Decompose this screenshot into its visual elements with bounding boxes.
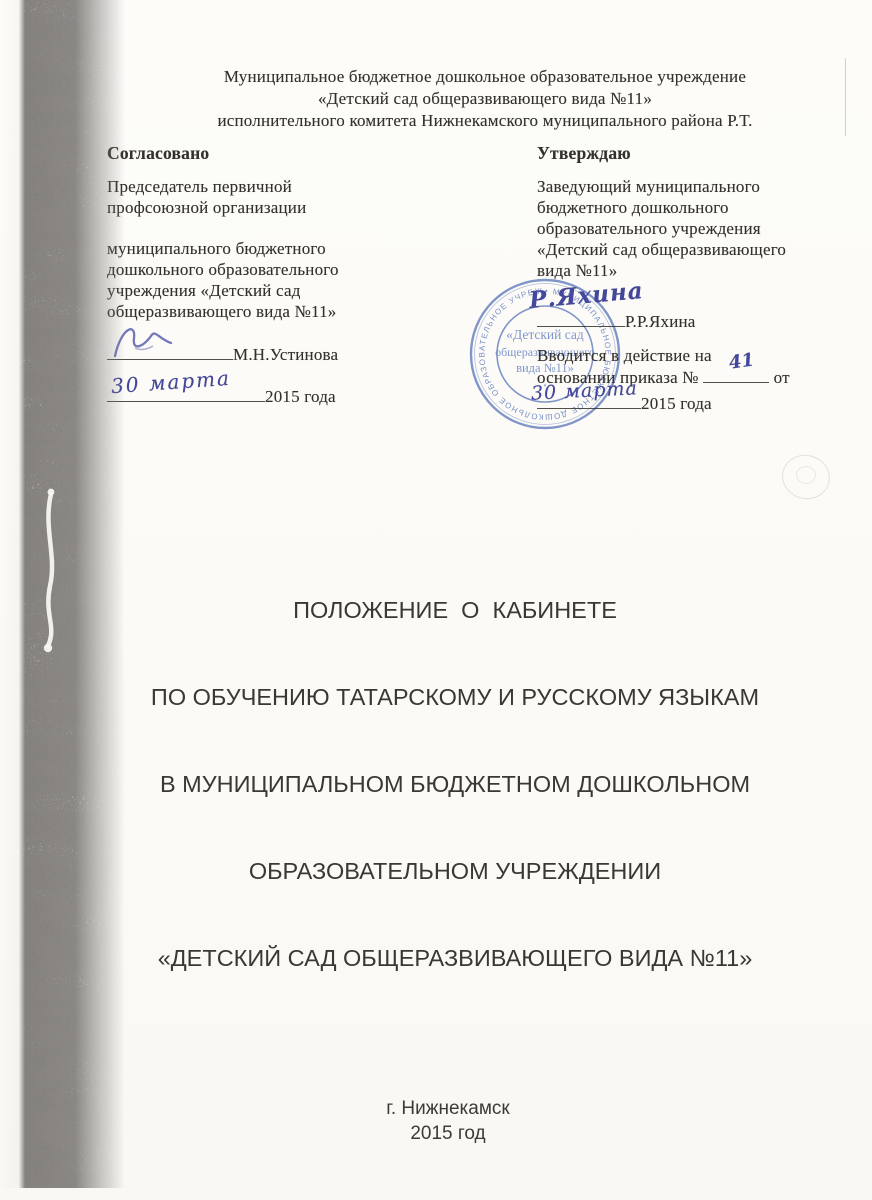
ustinova-name: М.Н.Устинова bbox=[233, 345, 338, 364]
approval-year: 2015 года bbox=[641, 394, 712, 413]
title-line: «ДЕТСКИЙ САД ОБЩЕРАЗВИВАЮЩЕГО ВИДА №11» bbox=[38, 944, 872, 973]
scan-artifact-smudge-inner bbox=[796, 466, 816, 484]
approval-date-row: 30 марта 2015 года bbox=[537, 393, 842, 419]
yakhina-signature-row: Р.Яхина Р.Р.Яхина bbox=[537, 311, 842, 337]
agreed-date-row: 30 марта 2015 года bbox=[107, 386, 437, 412]
header-line: «Детский сад общеразвивающего вида №11» bbox=[98, 88, 872, 110]
signature-line bbox=[537, 313, 625, 327]
agreement-block: Согласовано Председатель первичной профс… bbox=[107, 143, 437, 412]
handwritten-order-number: 41 bbox=[728, 349, 756, 374]
agreed-heading: Согласовано bbox=[107, 143, 437, 164]
approver-role: Заведующий муниципального бюджетного дош… bbox=[537, 176, 842, 281]
document-title: ПОЛОЖЕНИЕ О КАБИНЕТЕ ПО ОБУЧЕНИЮ ТАТАРСК… bbox=[38, 538, 872, 1031]
document-footer: г. Нижнекамск 2015 год bbox=[24, 1096, 872, 1146]
footer-year: 2015 год bbox=[24, 1121, 872, 1146]
ustinova-signature-scribble-icon bbox=[105, 318, 205, 366]
footer-city: г. Нижнекамск bbox=[24, 1096, 872, 1121]
title-line: ОБРАЗОВАТЕЛЬНОМ УЧРЕЖДЕНИИ bbox=[38, 857, 872, 886]
agreed-role: Председатель первичной профсоюзной орган… bbox=[107, 176, 437, 218]
title-line: ПО ОБУЧЕНИЮ ТАТАРСКОМУ И РУССКОМУ ЯЗЫКАМ bbox=[38, 683, 872, 712]
header-line: Муниципальное бюджетное дошкольное образ… bbox=[98, 66, 872, 88]
yakhina-name: Р.Р.Яхина bbox=[625, 312, 696, 331]
title-line: ПОЛОЖЕНИЕ О КАБИНЕТЕ bbox=[38, 596, 872, 625]
agreed-year: 2015 года bbox=[265, 387, 336, 406]
ustinova-signature-row: М.Н.Устинова bbox=[107, 344, 437, 370]
header-line: исполнительного комитета Нижнекамского м… bbox=[98, 110, 872, 132]
approve-heading: Утверждаю bbox=[537, 143, 842, 164]
scanned-document-page: Муниципальное бюджетное дошкольное образ… bbox=[0, 0, 872, 1200]
agreed-organization: муниципального бюджетного дошкольного об… bbox=[107, 238, 437, 322]
title-line: В МУНИЦИПАЛЬНОМ БЮДЖЕТНОМ ДОШКОЛЬНОМ bbox=[38, 770, 872, 799]
yakhina-signature-script: Р.Яхина bbox=[528, 280, 644, 311]
document-header: Муниципальное бюджетное дошкольное образ… bbox=[98, 66, 872, 132]
approval-block: Утверждаю Заведующий муниципального бюдж… bbox=[537, 143, 842, 419]
